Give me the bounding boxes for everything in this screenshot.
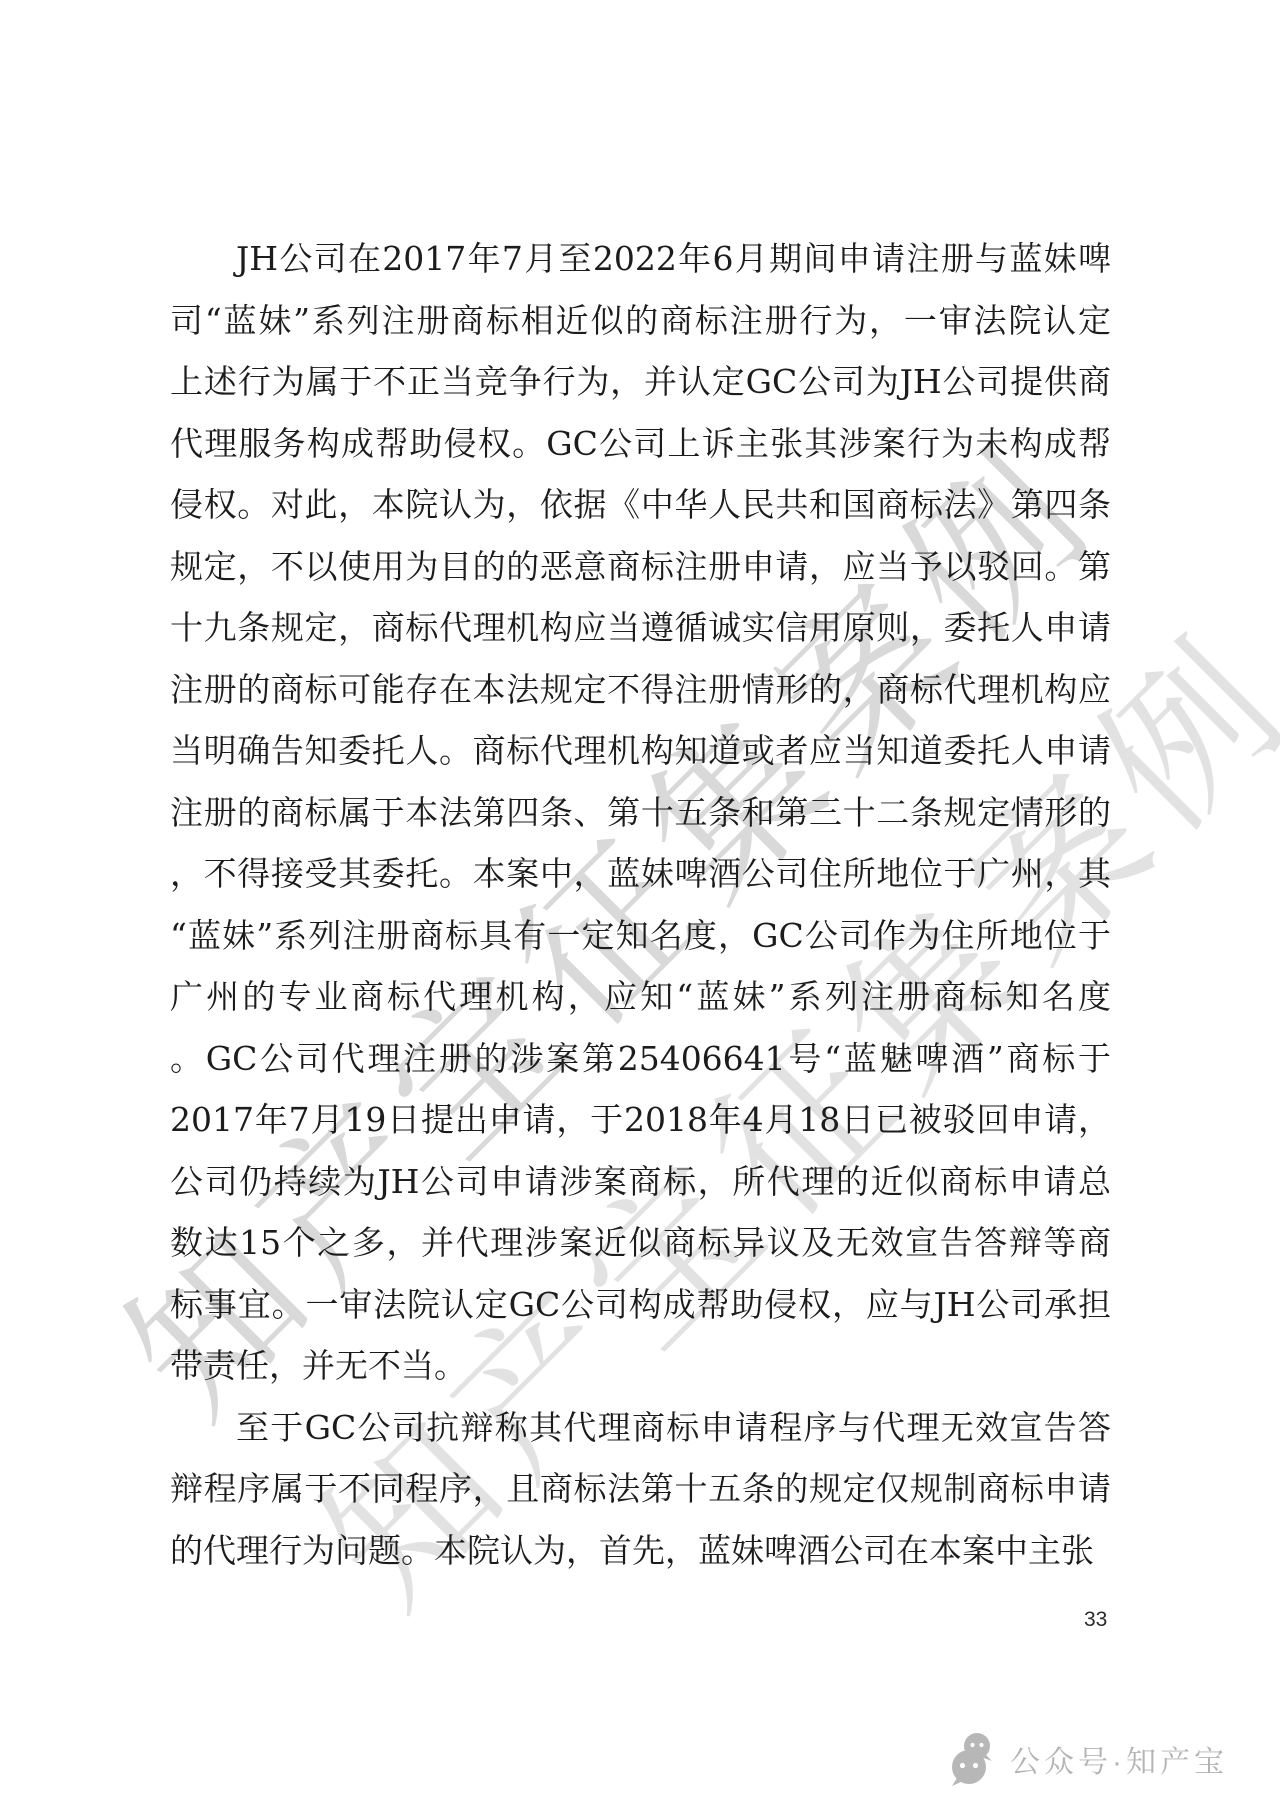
text-line: 规定，不以使用为目的的恶意商标注册申请，应当予以驳回。第: [170, 536, 1111, 598]
text-line: 注册的商标可能存在本法规定不得注册情形的，商标代理机构应: [170, 659, 1111, 721]
text-line: 。GC公司代理注册的涉案第25406641号“蓝魅啤酒”商标于: [170, 1028, 1111, 1090]
text-line: JH公司在2017年7月至2022年6月期间申请注册与蓝妹啤酒公: [170, 228, 1111, 290]
document-page: 知产宝征集案例 知产宝征集案例 JH公司在2017年7月至2022年6月期间申请…: [0, 0, 1280, 1810]
text-line: 辩程序属于不同程序，且商标法第十五条的规定仅规制商标申请: [170, 1458, 1111, 1520]
text-line: 带责任，并无不当。: [170, 1335, 1111, 1397]
page-number: 33: [1084, 1608, 1107, 1632]
text-line: 数达15个之多，并代理涉案近似商标异议及无效宣告答辩等商: [170, 1212, 1111, 1274]
text-line: 公司仍持续为JH公司申请涉案商标，所代理的近似商标申请总: [170, 1151, 1111, 1213]
text-line: 当明确告知委托人。商标代理机构知道或者应当知道委托人申请: [170, 720, 1111, 782]
paragraph-2: 至于GC公司抗辩称其代理商标申请程序与代理无效宣告答 辩程序属于不同程序，且商标…: [170, 1397, 1111, 1582]
footer-label: 公众号·知产宝: [1010, 1737, 1228, 1781]
text-line: 2017年7月19日提出申请，于2018年4月18日已被驳回申请，但GC: [170, 1089, 1111, 1151]
text-line: 司“蓝妹”系列注册商标相近似的商标注册行为，一审法院认定: [170, 290, 1111, 352]
text-line: 上述行为属于不正当竞争行为，并认定GC公司为JH公司提供商标: [170, 351, 1111, 413]
text-line: 侵权。对此，本院认为，依据《中华人民共和国商标法》第四条: [170, 474, 1111, 536]
text-line: 至于GC公司抗辩称其代理商标申请程序与代理无效宣告答: [170, 1397, 1111, 1459]
text-line: “蓝妹”系列注册商标具有一定知名度，GC公司作为住所地位于: [170, 905, 1111, 967]
text-line: 十九条规定，商标代理机构应当遵循诚实信用原则，委托人申请: [170, 597, 1111, 659]
body-text: JH公司在2017年7月至2022年6月期间申请注册与蓝妹啤酒公 司“蓝妹”系列…: [170, 228, 1111, 1581]
text-line: 的代理行为问题。本院认为，首先，蓝妹啤酒公司在本案中主张: [170, 1520, 1111, 1582]
text-line: 注册的商标属于本法第四条、第十五条和第三十二条规定情形的: [170, 782, 1111, 844]
text-line: 代理服务构成帮助侵权。GC公司上诉主张其涉案行为未构成帮助: [170, 413, 1111, 475]
text-line: 广州的专业商标代理机构，应知“蓝妹”系列注册商标知名度: [170, 966, 1111, 1028]
text-line: ，不得接受其委托。本案中，蓝妹啤酒公司住所地位于广州，其: [170, 843, 1111, 905]
paragraph-1: JH公司在2017年7月至2022年6月期间申请注册与蓝妹啤酒公 司“蓝妹”系列…: [170, 228, 1111, 1397]
wechat-icon: [948, 1732, 1000, 1786]
footer-brand: 公众号·知产宝: [948, 1732, 1228, 1786]
text-line: 标事宜。一审法院认定GC公司构成帮助侵权，应与JH公司承担连: [170, 1274, 1111, 1336]
